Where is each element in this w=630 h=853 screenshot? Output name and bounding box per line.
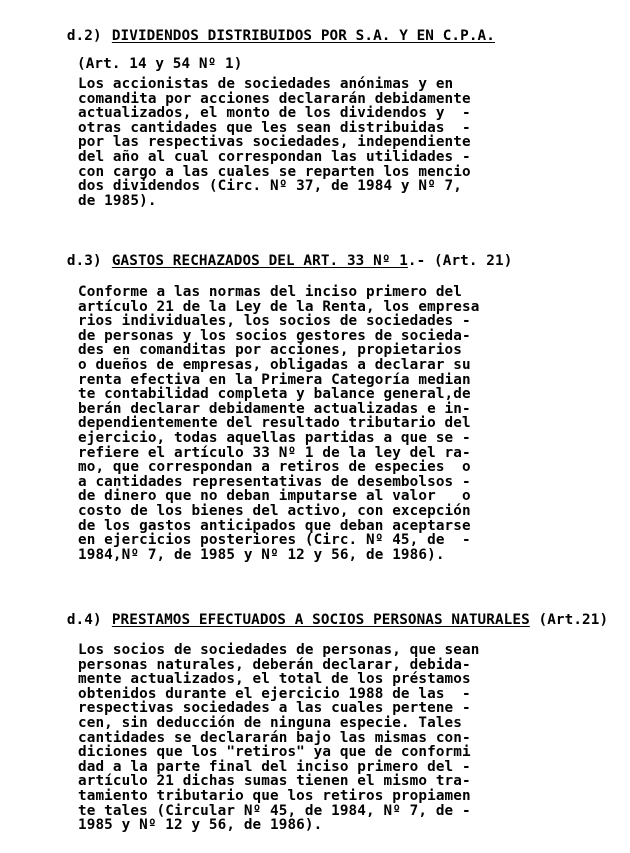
paragraph-line: 1984,Nº 7, de 1985 y Nº 12 y 56, de 1986… [78,548,518,563]
paragraph-line: rios individuales, los socios de socieda… [78,314,518,329]
paragraph-line: des en comanditas por acciones, propieta… [78,343,518,358]
section-body-d3: Conforme a las normas del inciso primero… [78,285,518,562]
section-heading-d3: d.3)GASTOS RECHAZADOS DEL ART. 33 Nº 1.-… [32,240,512,282]
paragraph-line: con cargo a las cuales se reparten los m… [78,165,518,180]
paragraph-line: 1985 y Nº 12 y 56, de 1986). [78,818,518,833]
section-heading-d4: d.4)PRESTAMOS EFECTUADOS A SOCIOS PERSON… [32,599,608,641]
paragraph-line: te tales (Circular Nº 45, de 1984, Nº 7,… [78,804,518,819]
paragraph-line: artículo 21 de la Ley de la Renta, los e… [78,300,518,315]
paragraph-line: del año al cual correspondan las utilida… [78,150,518,165]
paragraph-line: berán declarar debidamente actualizadas … [78,402,518,417]
paragraph-line: te contabilidad completa y balance gener… [78,387,518,402]
paragraph-line: de personas y los socios gestores de soc… [78,329,518,344]
paragraph-line: artículo 21 dichas sumas tienen el mismo… [78,774,518,789]
paragraph-line: actualizados, el monto de los dividendos… [78,106,518,121]
paragraph-line: Los socios de sociedades de personas, qu… [78,643,518,658]
paragraph-line: dos dividendos (Circ. Nº 37, de 1984 y N… [78,179,518,194]
paragraph-line: tamiento tributario que los retiros prop… [78,789,518,804]
paragraph-line: diciones que los "retiros" ya que de con… [78,745,518,760]
section-body-d4: Los socios de sociedades de personas, qu… [78,643,518,833]
paragraph-line: en ejercicios posteriores (Circ. Nº 45, … [78,533,518,548]
section-title: GASTOS RECHAZADOS DEL ART. 33 Nº 1 [112,253,408,269]
section-title-suffix: .- (Art. 21) [408,253,513,269]
paragraph-line: mo, que correspondan a retiros de especi… [78,460,518,475]
paragraph-line: refiere el artículo 33 Nº 1 de la ley de… [78,446,518,461]
section-title: PRESTAMOS EFECTUADOS A SOCIOS PERSONAS N… [112,612,530,628]
paragraph-line: cantidades se declararán bajo las mismas… [78,731,518,746]
paragraph-line: Los accionistas de sociedades anónimas y… [78,77,518,92]
paragraph-line: renta efectiva en la Primera Categoría m… [78,373,518,388]
paragraph-line: respectivas sociedades a las cuales pert… [78,701,518,716]
section-number: d.2) [67,29,112,43]
paragraph-line: dependientemente del resultado tributari… [78,416,518,431]
paragraph-line: costo de los bienes del activo, con exce… [78,504,518,519]
paragraph-line: obtenidos durante el ejercicio 1988 de l… [78,687,518,702]
paragraph-line: o dueños de empresas, obligadas a declar… [78,358,518,373]
paragraph-line: ejercicio, todas aquellas partidas a que… [78,431,518,446]
paragraph-line: Conforme a las normas del inciso primero… [78,285,518,300]
paragraph-line: de dinero que no deban imputarse al valo… [78,489,518,504]
paragraph-line: a cantidades representativas de desembol… [78,475,518,490]
paragraph-line: otras cantidades que les sean distribuid… [78,121,518,136]
paragraph-line: comandita por acciones declararán debida… [78,92,518,107]
section-body-d2: Los accionistas de sociedades anónimas y… [78,77,518,208]
paragraph-line: de los gastos anticipados que deban acep… [78,519,518,534]
paragraph-line: cen, sin deducción de ninguna especie. T… [78,716,518,731]
paragraph-line: por las respectivas sociedades, independ… [78,135,518,150]
section-title-suffix: (Art.21) [530,612,608,628]
paragraph-line: mente actualizados, el total de los prés… [78,672,518,687]
document-page: d.2)DIVIDENDOS DISTRIBUIDOS POR S.A. Y E… [0,0,630,853]
paragraph-line: personas naturales, deberán declarar, de… [78,658,518,673]
section-number: d.4) [67,613,112,627]
section-subtitle: (Art. 14 y 54 Nº 1) [32,57,495,71]
paragraph-line: de 1985). [78,194,518,209]
paragraph-line: dad a la parte final del inciso primero … [78,760,518,775]
section-number: d.3) [67,254,112,268]
section-title: DIVIDENDOS DISTRIBUIDOS POR S.A. Y EN C.… [112,28,495,44]
